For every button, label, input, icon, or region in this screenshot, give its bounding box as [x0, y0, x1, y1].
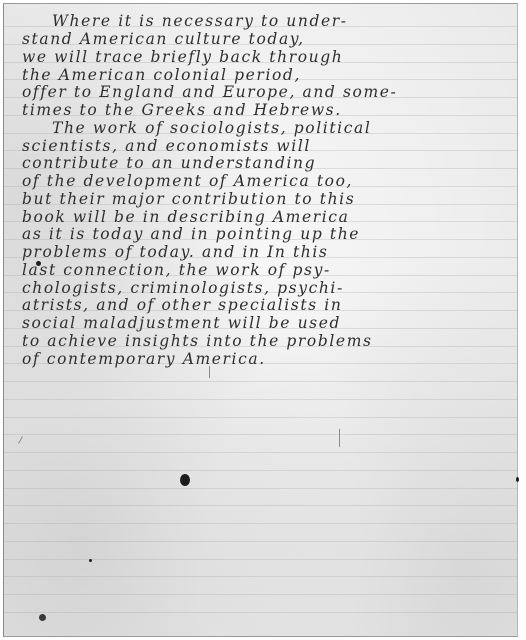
ink-speck: [516, 477, 519, 482]
text-line: Where it is necessary to under-: [52, 12, 348, 30]
ruled-line: [4, 541, 517, 542]
ruled-line: [4, 488, 517, 489]
text-line: we will trace briefly back through: [22, 48, 343, 66]
ruled-line: [4, 381, 517, 382]
stray-mark: [339, 429, 340, 447]
text-line: scientists, and economists will: [22, 137, 311, 155]
text-line: last connection, the work of psy-: [22, 261, 331, 279]
manuscript-page: Where it is necessary to under- stand Am…: [3, 3, 518, 637]
ink-blot: [180, 474, 190, 486]
text-line: to achieve insights into the problems: [22, 332, 373, 350]
text-line: book will be in describing America: [22, 208, 349, 226]
ink-speck: [36, 261, 41, 266]
text-line: but their major contribution to this: [22, 190, 355, 208]
stray-mark: [209, 366, 210, 378]
ink-speck: [89, 559, 92, 562]
text-line: problems of today. and in In this: [22, 243, 328, 261]
text-line: social maladjustment will be used: [22, 314, 341, 332]
ruled-line: [4, 594, 517, 595]
ruled-line: [4, 417, 517, 418]
ruled-line: [4, 523, 517, 524]
text-line: of the development of America too,: [22, 172, 353, 190]
ruled-line: [4, 399, 517, 400]
ruled-line: [4, 559, 517, 560]
ruled-line: [4, 505, 517, 506]
text-line: chologists, criminologists, psychi-: [22, 279, 344, 297]
stray-mark: [18, 436, 23, 443]
text-line: as it is today and in pointing up the: [22, 225, 360, 243]
text-line: atrists, and of other specialists in: [22, 296, 342, 314]
text-line: offer to England and Europe, and some-: [22, 83, 397, 101]
ruled-line: [4, 576, 517, 577]
text-line: stand American culture today,: [22, 30, 305, 48]
text-line: The work of sociologists, political: [52, 119, 371, 137]
text-line: contribute to an understanding: [22, 154, 316, 172]
ruled-line: [4, 434, 517, 435]
ink-speck: [39, 614, 46, 621]
ruled-line: [4, 452, 517, 453]
text-line: times to the Greeks and Hebrews.: [22, 101, 342, 119]
ruled-line: [4, 470, 517, 471]
text-line: the American colonial period,: [22, 66, 301, 84]
text-line: of contemporary America.: [22, 350, 266, 368]
ruled-line: [4, 612, 517, 613]
